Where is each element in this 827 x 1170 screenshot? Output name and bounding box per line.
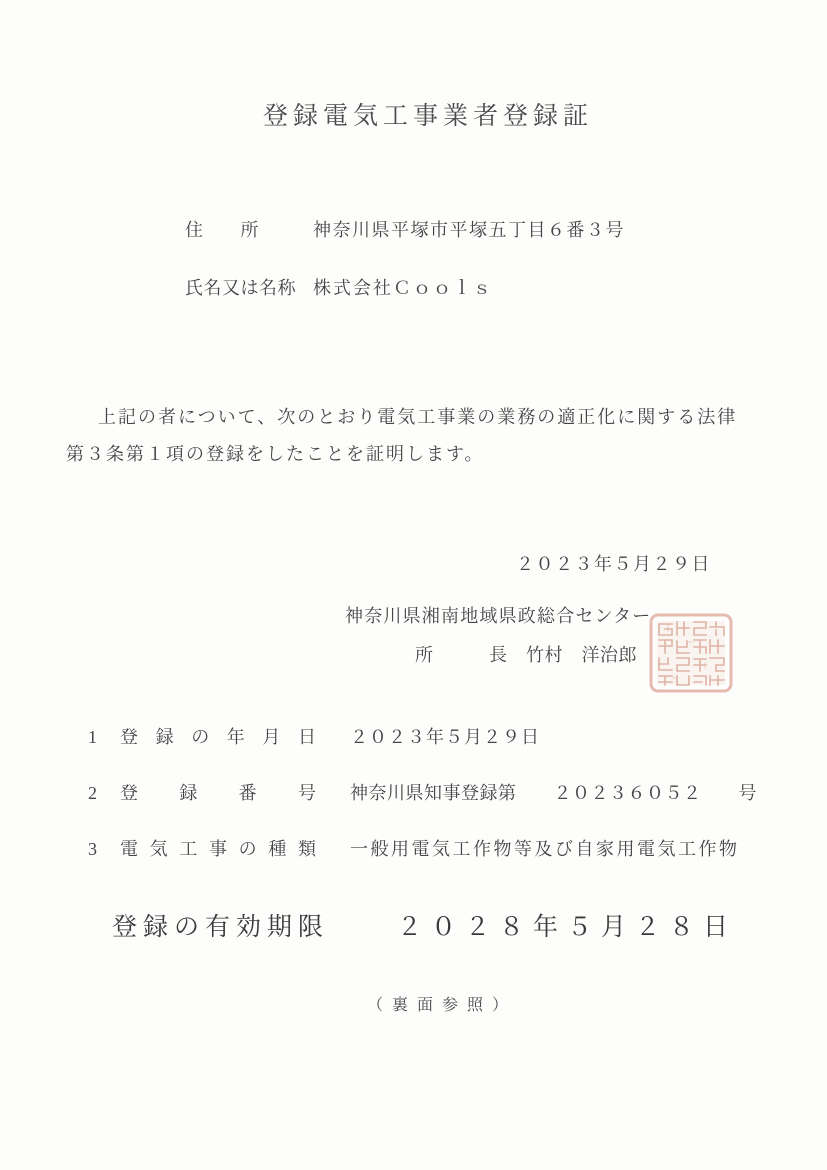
page-title: 登録電気工事業者登録証 [263, 102, 593, 132]
certification-statement-line1: 上記の者について、次のとおり電気工事業の業務の適正化に関する法律 [98, 407, 737, 429]
registration-item-row: 2登録番号神奈川県知事登録第 ２０２３６０５２ 号 [88, 783, 757, 805]
item-label: 電気工事の種類 [120, 839, 316, 861]
validity-value: ２０２８年５月２８日 [397, 914, 737, 941]
address-value: 神奈川県平塚市平塚五丁目６番３号 [313, 220, 625, 240]
item-label: 登録番号 [120, 783, 316, 805]
item-value: ２０２３年５月２９日 [350, 727, 540, 749]
item-value: 神奈川県知事登録第 ２０２３６０５２ 号 [350, 783, 757, 805]
certification-statement-line2: 第３条第１項の登録をしたことを証明します。 [66, 444, 485, 466]
address-row: 住 所神奈川県平塚市平塚五丁目６番３号 [185, 220, 625, 242]
name-label: 氏名又は名称 [185, 278, 313, 300]
issue-date: ２０２３年５月２９日 [516, 554, 711, 576]
validity-label: 登録の有効期限 [112, 914, 329, 941]
footnote: （裏面参照） [367, 996, 517, 1015]
item-label: 登録の年月日 [120, 727, 316, 749]
item-number: 1 [88, 727, 120, 749]
validity-row: 登録の有効期限２０２８年５月２８日 [112, 913, 737, 943]
name-value: 株式会社Ｃｏｏｌｓ [313, 278, 493, 298]
registration-item-row: 1登録の年月日２０２３年５月２９日 [88, 727, 540, 749]
registration-certificate-page: 登録電気工事業者登録証 住 所神奈川県平塚市平塚五丁目６番３号 氏名又は名称株式… [0, 0, 827, 1170]
item-number: 3 [88, 839, 120, 861]
registration-item-row: 3電気工事の種類一般用電気工作物等及び自家用電気工作物 [88, 839, 740, 861]
address-label: 住 所 [185, 220, 313, 242]
item-number: 2 [88, 783, 120, 805]
issuer-signature: 所 長 竹村 洋治郎 [415, 645, 637, 667]
name-row: 氏名又は名称株式会社Ｃｏｏｌｓ [185, 278, 493, 300]
item-value: 一般用電気工作物等及び自家用電気工作物 [350, 839, 740, 861]
official-seal-stamp [648, 612, 734, 694]
issuer-organization: 神奈川県湘南地域県政総合センター [345, 606, 651, 628]
